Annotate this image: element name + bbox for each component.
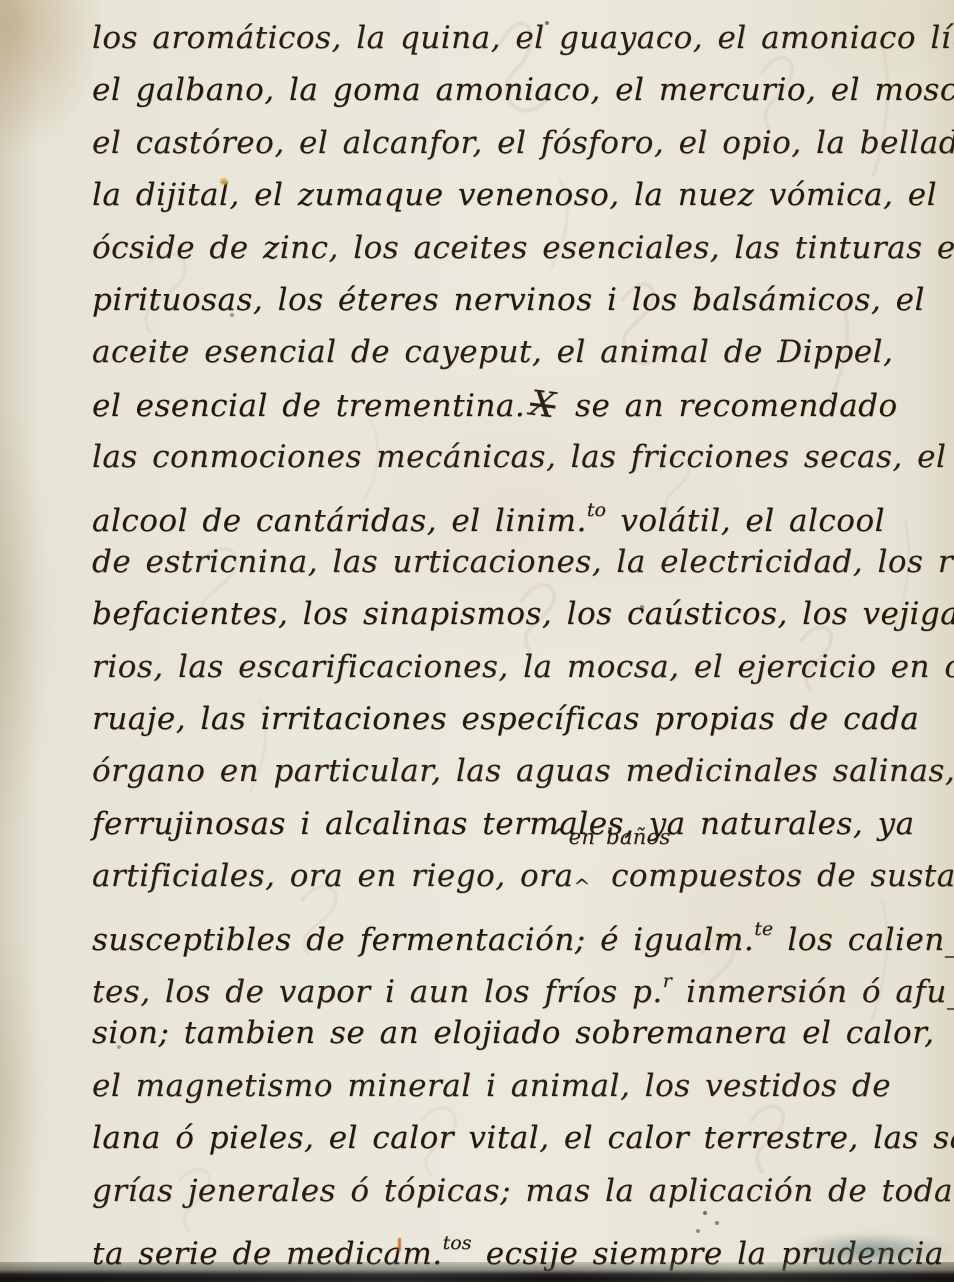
manuscript-line-19: tes, los de vapor i aun los fríos p.r in… (92, 955, 948, 1007)
manuscript-line-22: lana ó pieles, el calor vital, el calor … (92, 1112, 948, 1164)
crossed-out-mark: X (527, 377, 559, 432)
text-segment: de estricnina, las urticaciones, la elec… (92, 544, 954, 580)
manuscript-line-3: el castóreo, el alcanfor, el fósforo, el… (92, 117, 948, 169)
text-segment: susceptibles de fermentación; é igualm. (92, 922, 754, 958)
manuscript-line-9: las conmociones mecánicas, las friccione… (92, 431, 948, 483)
manuscript-line-12: befacientes, los sinapismos, los caústic… (92, 588, 948, 640)
text-segment: el galbano, la goma amoniaco, el mercuri… (92, 72, 954, 108)
page-bottom-edge (0, 1262, 954, 1282)
ink-smudge (778, 1228, 954, 1266)
paper-stain-fleck (220, 178, 228, 185)
manuscript-line-14: ruaje, las irritaciones específicas prop… (92, 693, 948, 745)
text-segment: el castóreo, el alcanfor, el fósforo, el… (92, 125, 954, 161)
text-segment: lana ó pieles, el calor vital, el calor … (92, 1120, 954, 1156)
text-segment: ócside de zinc, los aceites esenciales, … (92, 230, 954, 266)
text-segment: tes, los de vapor i aun los fríos p. (92, 974, 663, 1010)
orange-edge-mark (398, 1238, 401, 1251)
superscript-abbreviation: te (754, 918, 773, 940)
interlinear-insertion: ^en baños (591, 885, 597, 886)
manuscript-line-17: artificiales, ora en riego, ora^^en baño… (92, 850, 948, 902)
insertion-caret: ^ (573, 874, 590, 898)
text-segment: la dijital, el zumaque venenoso, la nuez… (92, 177, 937, 213)
ink-specks (0, 0, 2, 2)
text-segment: los calien_ (773, 922, 954, 958)
manuscript-line-11: de estricnina, las urticaciones, la elec… (92, 536, 948, 588)
manuscript-line-2: el galbano, la goma amoniaco, el mercuri… (92, 64, 948, 116)
superscript-abbreviation: r (663, 970, 672, 992)
text-segment: ruaje, las irritaciones específicas prop… (92, 701, 919, 737)
manuscript-line-20: sion; tambien se an elojiado sobremanera… (92, 1007, 948, 1059)
text-segment: aceite esencial de cayeput, el animal de… (92, 334, 893, 370)
manuscript-line-18: susceptibles de fermentación; é igualm.t… (92, 903, 948, 955)
manuscript-line-8: el esencial de trementina.X se an recome… (92, 379, 948, 431)
text-segment: rios, las escarificaciones, la mocsa, el… (92, 649, 954, 685)
text-segment: grías jenerales ó tópicas; mas la aplica… (92, 1173, 954, 1209)
manuscript-line-16: ferrujinosas i alcalinas termales, ya na… (92, 798, 948, 850)
manuscript-line-7: aceite esencial de cayeput, el animal de… (92, 326, 948, 378)
text-segment: pirituosas, los éteres nervinos i los ba… (92, 282, 925, 318)
superscript-abbreviation: tos (443, 1232, 472, 1254)
text-segment: inmersión ó afu_ (672, 974, 954, 1010)
manuscript-line-21: el magnetismo mineral i animal, los vest… (92, 1060, 948, 1112)
text-segment: órgano en particular, las aguas medicina… (92, 753, 954, 789)
text-segment: volátil, el alcool (606, 503, 885, 539)
text-segment: el magnetismo mineral i animal, los vest… (92, 1068, 891, 1104)
text-segment: alcool de cantáridas, el linim. (92, 503, 587, 539)
text-segment: las conmociones mecánicas, las friccione… (92, 439, 946, 475)
text-segment: artificiales, ora en riego, ora (92, 858, 573, 894)
superscript-abbreviation: to (587, 499, 606, 521)
manuscript-line-4: la dijital, el zumaque venenoso, la nuez… (92, 169, 948, 221)
manuscript-line-6: pirituosas, los éteres nervinos i los ba… (92, 274, 948, 326)
manuscript-line-1: los aromáticos, la quina, el guayaco, el… (92, 12, 948, 64)
manuscript-line-10: alcool de cantáridas, el linim.to voláti… (92, 484, 948, 536)
text-segment: compuestos de sustancias (597, 858, 954, 894)
text-segment: se an recomendado (561, 388, 898, 424)
manuscript-line-13: rios, las escarificaciones, la mocsa, el… (92, 641, 948, 693)
text-segment: el esencial de trementina. (92, 388, 525, 424)
text-segment: ferrujinosas i alcalinas termales, ya na… (92, 806, 915, 842)
manuscript-text-block: los aromáticos, la quina, el guayaco, el… (92, 12, 948, 1269)
manuscript-line-15: órgano en particular, las aguas medicina… (92, 745, 948, 797)
text-segment: los aromáticos, la quina, el guayaco, el… (92, 20, 954, 56)
text-segment: sion; tambien se an elojiado sobremanera… (92, 1015, 934, 1051)
text-segment: befacientes, los sinapismos, los caústic… (92, 596, 954, 632)
manuscript-page: los aromáticos, la quina, el guayaco, el… (0, 0, 954, 1282)
manuscript-line-23: grías jenerales ó tópicas; mas la aplica… (92, 1165, 948, 1217)
manuscript-line-5: ócside de zinc, los aceites esenciales, … (92, 222, 948, 274)
